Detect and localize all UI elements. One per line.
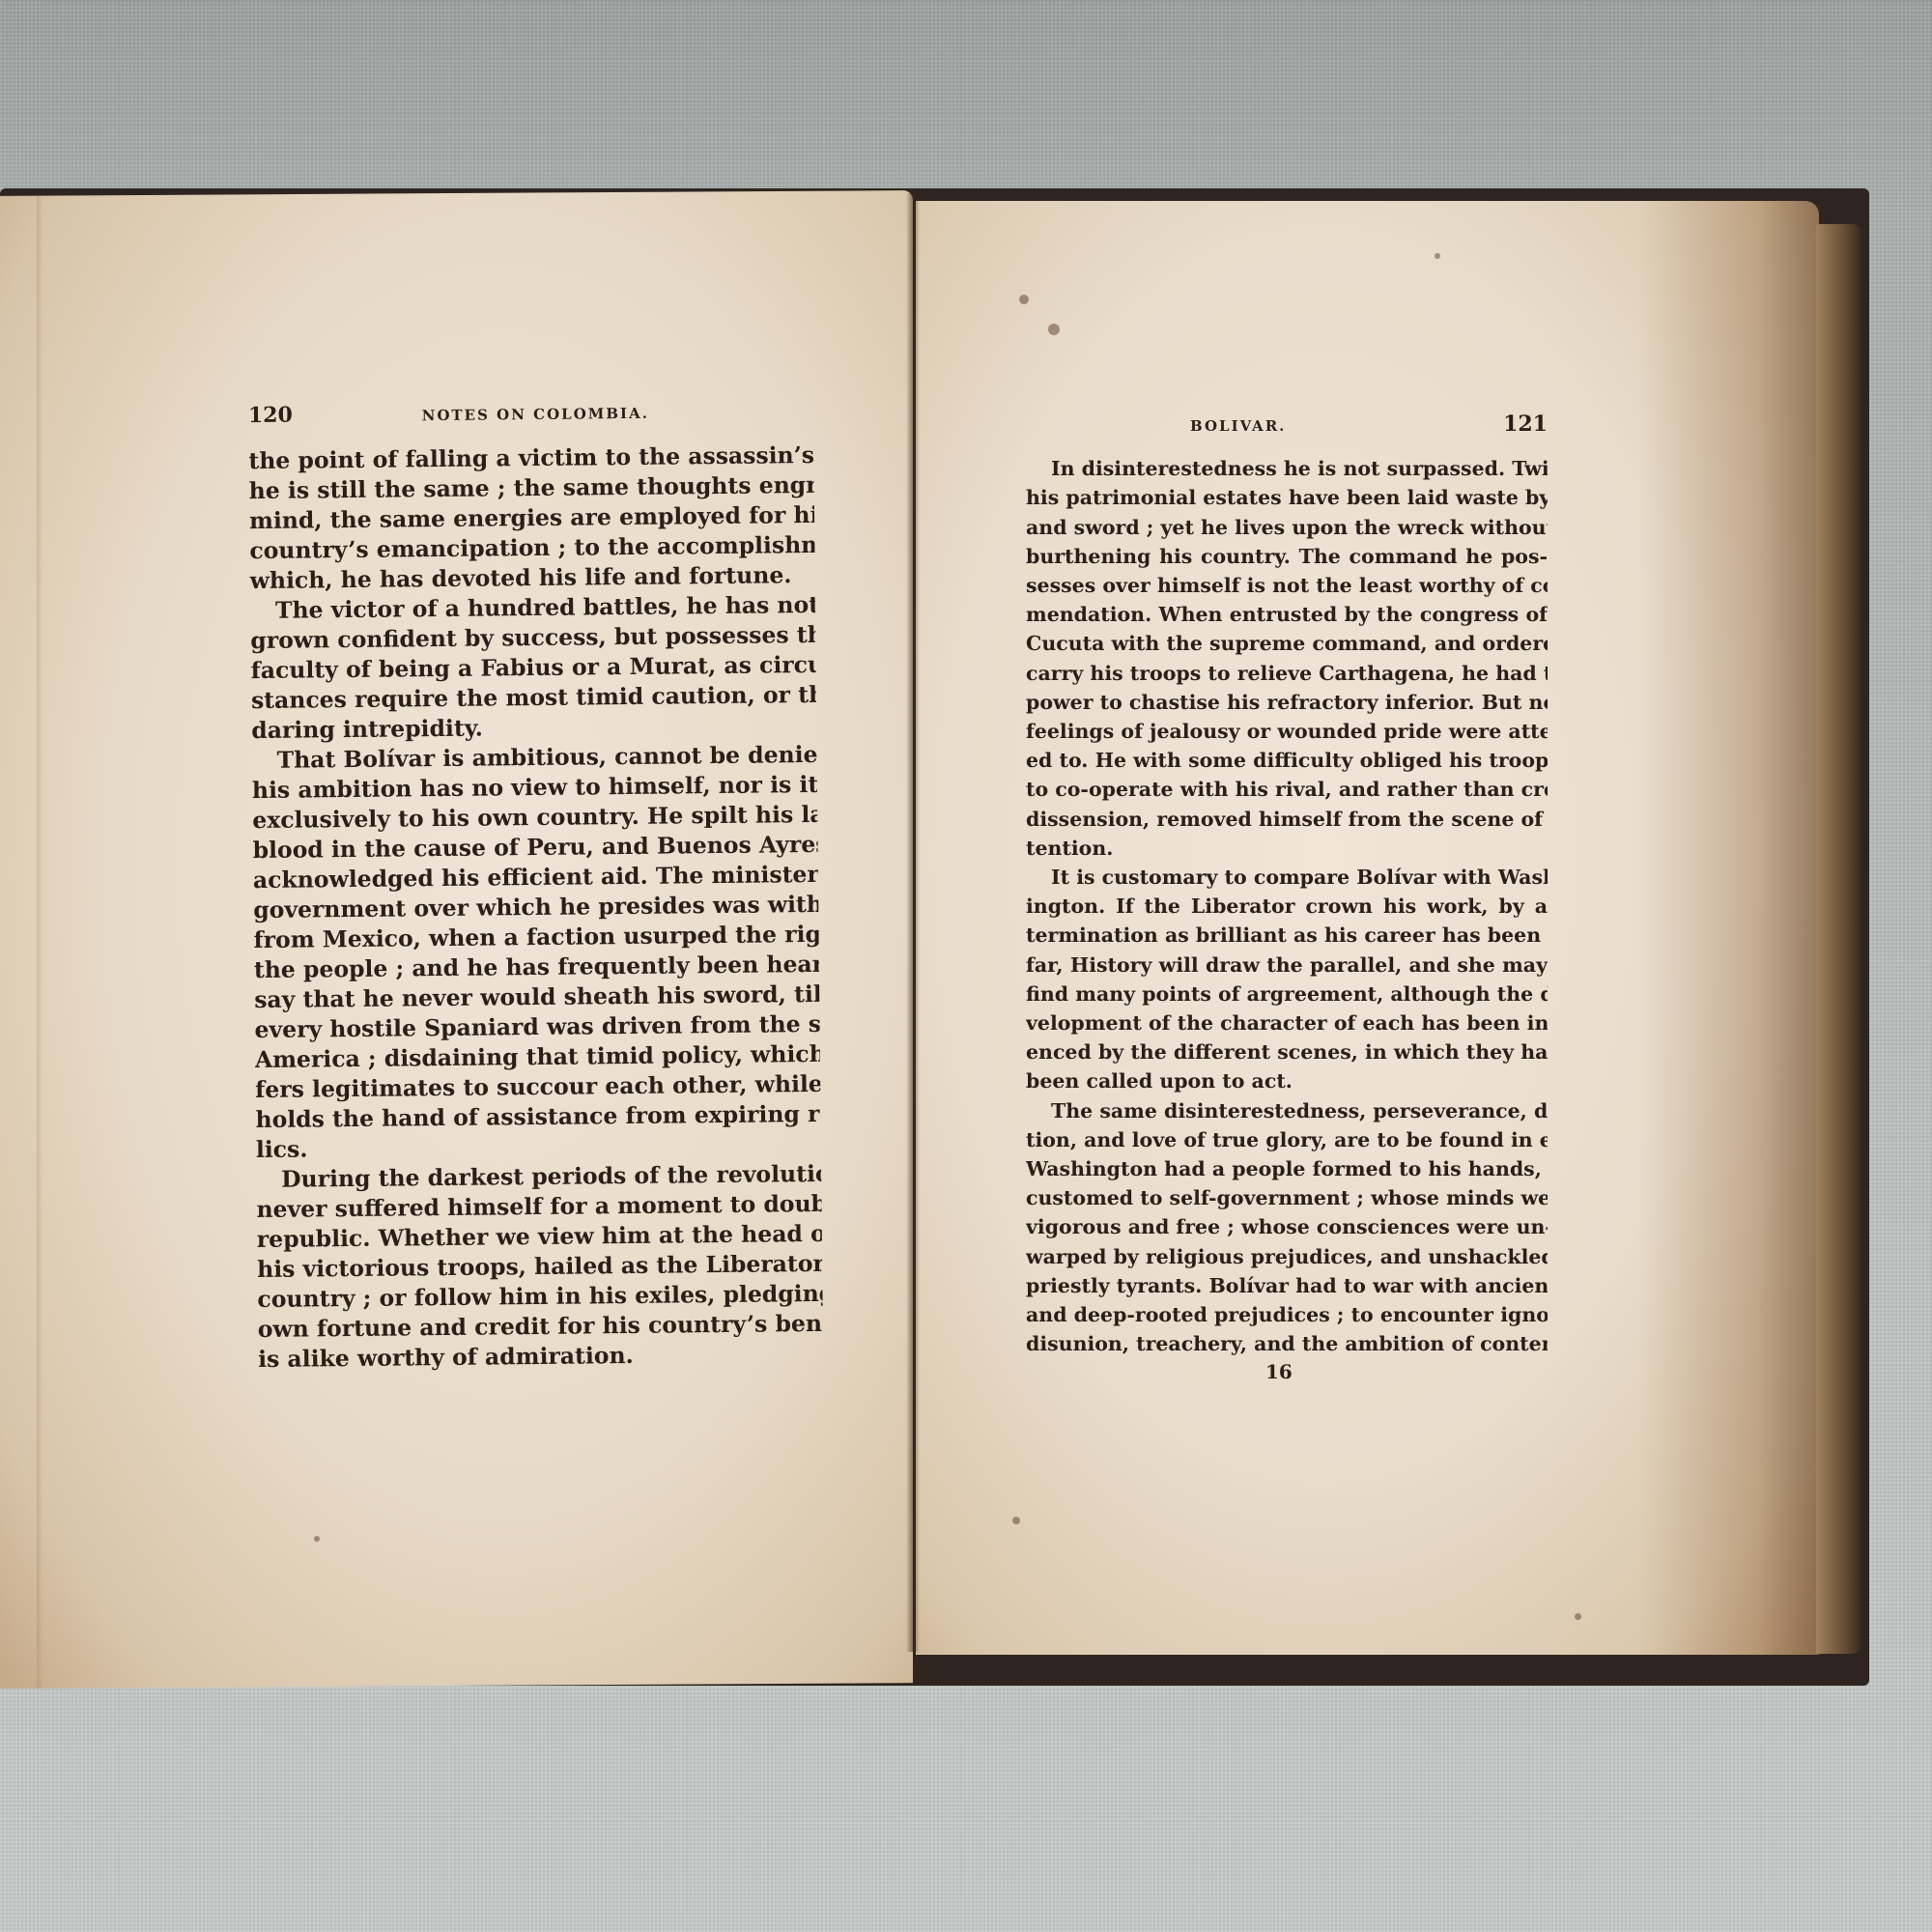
text-line: tention. [1026,834,1548,863]
text-line: warped by religious prejudices, and unsh… [1026,1242,1548,1271]
text-line: tion, and love of true glory, are to be … [1026,1125,1548,1154]
text-line: priestly tyrants. Bolívar had to war wit… [1026,1271,1548,1300]
text-line: vigorous and free ; whose consciences we… [1026,1212,1548,1241]
text-line: far, History will draw the parallel, and… [1026,951,1548,980]
right-running-head: BOLIVAR. 121 [1026,410,1548,440]
foxing-spot [314,1536,320,1542]
text-line: holds the hand of assistance from expiri… [255,1099,820,1135]
text-line: ington. If the Liberator crown his work,… [1026,892,1548,921]
signature-mark: 16 [1265,1360,1293,1383]
text-line: and sword ; yet he lives upon the wreck … [1026,513,1548,542]
text-line: termination as brilliant as his career h… [1026,921,1548,950]
page-number: 121 [1503,410,1548,439]
text-line: The same disinterestedness, perseverance… [1026,1096,1548,1125]
text-line: to co-operate with his rival, and rather… [1026,775,1548,804]
text-line: sesses over himself is not the least wor… [1026,571,1548,600]
text-line: burthening his country. The command he p… [1026,542,1548,571]
text-line: and deep-rooted prejudices ; to encounte… [1026,1300,1548,1329]
text-line: Cucuta with the supreme command, and ord… [1026,629,1548,658]
foxing-spot [1575,1613,1581,1620]
text-line: velopment of the character of each has b… [1026,1009,1548,1037]
left-running-head: 120 NOTES ON COLOMBIA. [248,395,813,433]
text-line: In disinterestedness he is not surpassed… [1026,454,1548,483]
text-line: find many points of argreement, although… [1026,980,1548,1009]
text-line: enced by the different scenes, in which … [1026,1037,1548,1066]
running-head-title: NOTES ON COLOMBIA. [422,399,650,431]
text-line: own fortune and credit for his country’s… [258,1309,823,1345]
page-edges [1816,224,1861,1654]
book-gutter [906,193,920,1652]
running-head-title: BOLIVAR. [1190,412,1286,440]
foxing-spot [1048,324,1060,335]
text-line: customed to self-government ; whose mind… [1026,1183,1548,1212]
foxing-spot [1435,253,1440,259]
text-line: ed to. He with some difficulty obliged h… [1026,746,1548,775]
page-number: 120 [248,401,293,431]
text-line: mendation. When entrusted by the congres… [1026,600,1548,629]
text-line: dissension, removed himself from the sce… [1026,805,1548,834]
text-line: his patrimonial estates have been laid w… [1026,483,1548,512]
right-body: In disinterestedness he is not surpassed… [1026,454,1548,1358]
foxing-spot [1019,295,1029,304]
right-page-text: BOLIVAR. 121 In disinterestedness he is … [1026,410,1548,1359]
text-line: Washington had a people formed to his ha… [1026,1154,1548,1183]
text-line: carry his troops to relieve Carthagena, … [1026,659,1548,688]
left-page-text: 120 NOTES ON COLOMBIA. the point of fall… [248,395,824,1375]
text-line: is alike worthy of admiration. [258,1339,823,1375]
text-line: It is customary to compare Bolívar with … [1026,863,1548,892]
left-body: the point of falling a victim to the ass… [248,440,823,1375]
text-line: feelings of jealousy or wounded pride we… [1026,717,1548,746]
foxing-spot [1012,1517,1020,1524]
text-line: been called upon to act. [1026,1066,1548,1095]
text-line: disunion, treachery, and the ambition of… [1026,1329,1548,1358]
text-line: power to chastise his refractory inferio… [1026,688,1548,717]
text-line: stances require the most timid caution, … [251,680,816,716]
